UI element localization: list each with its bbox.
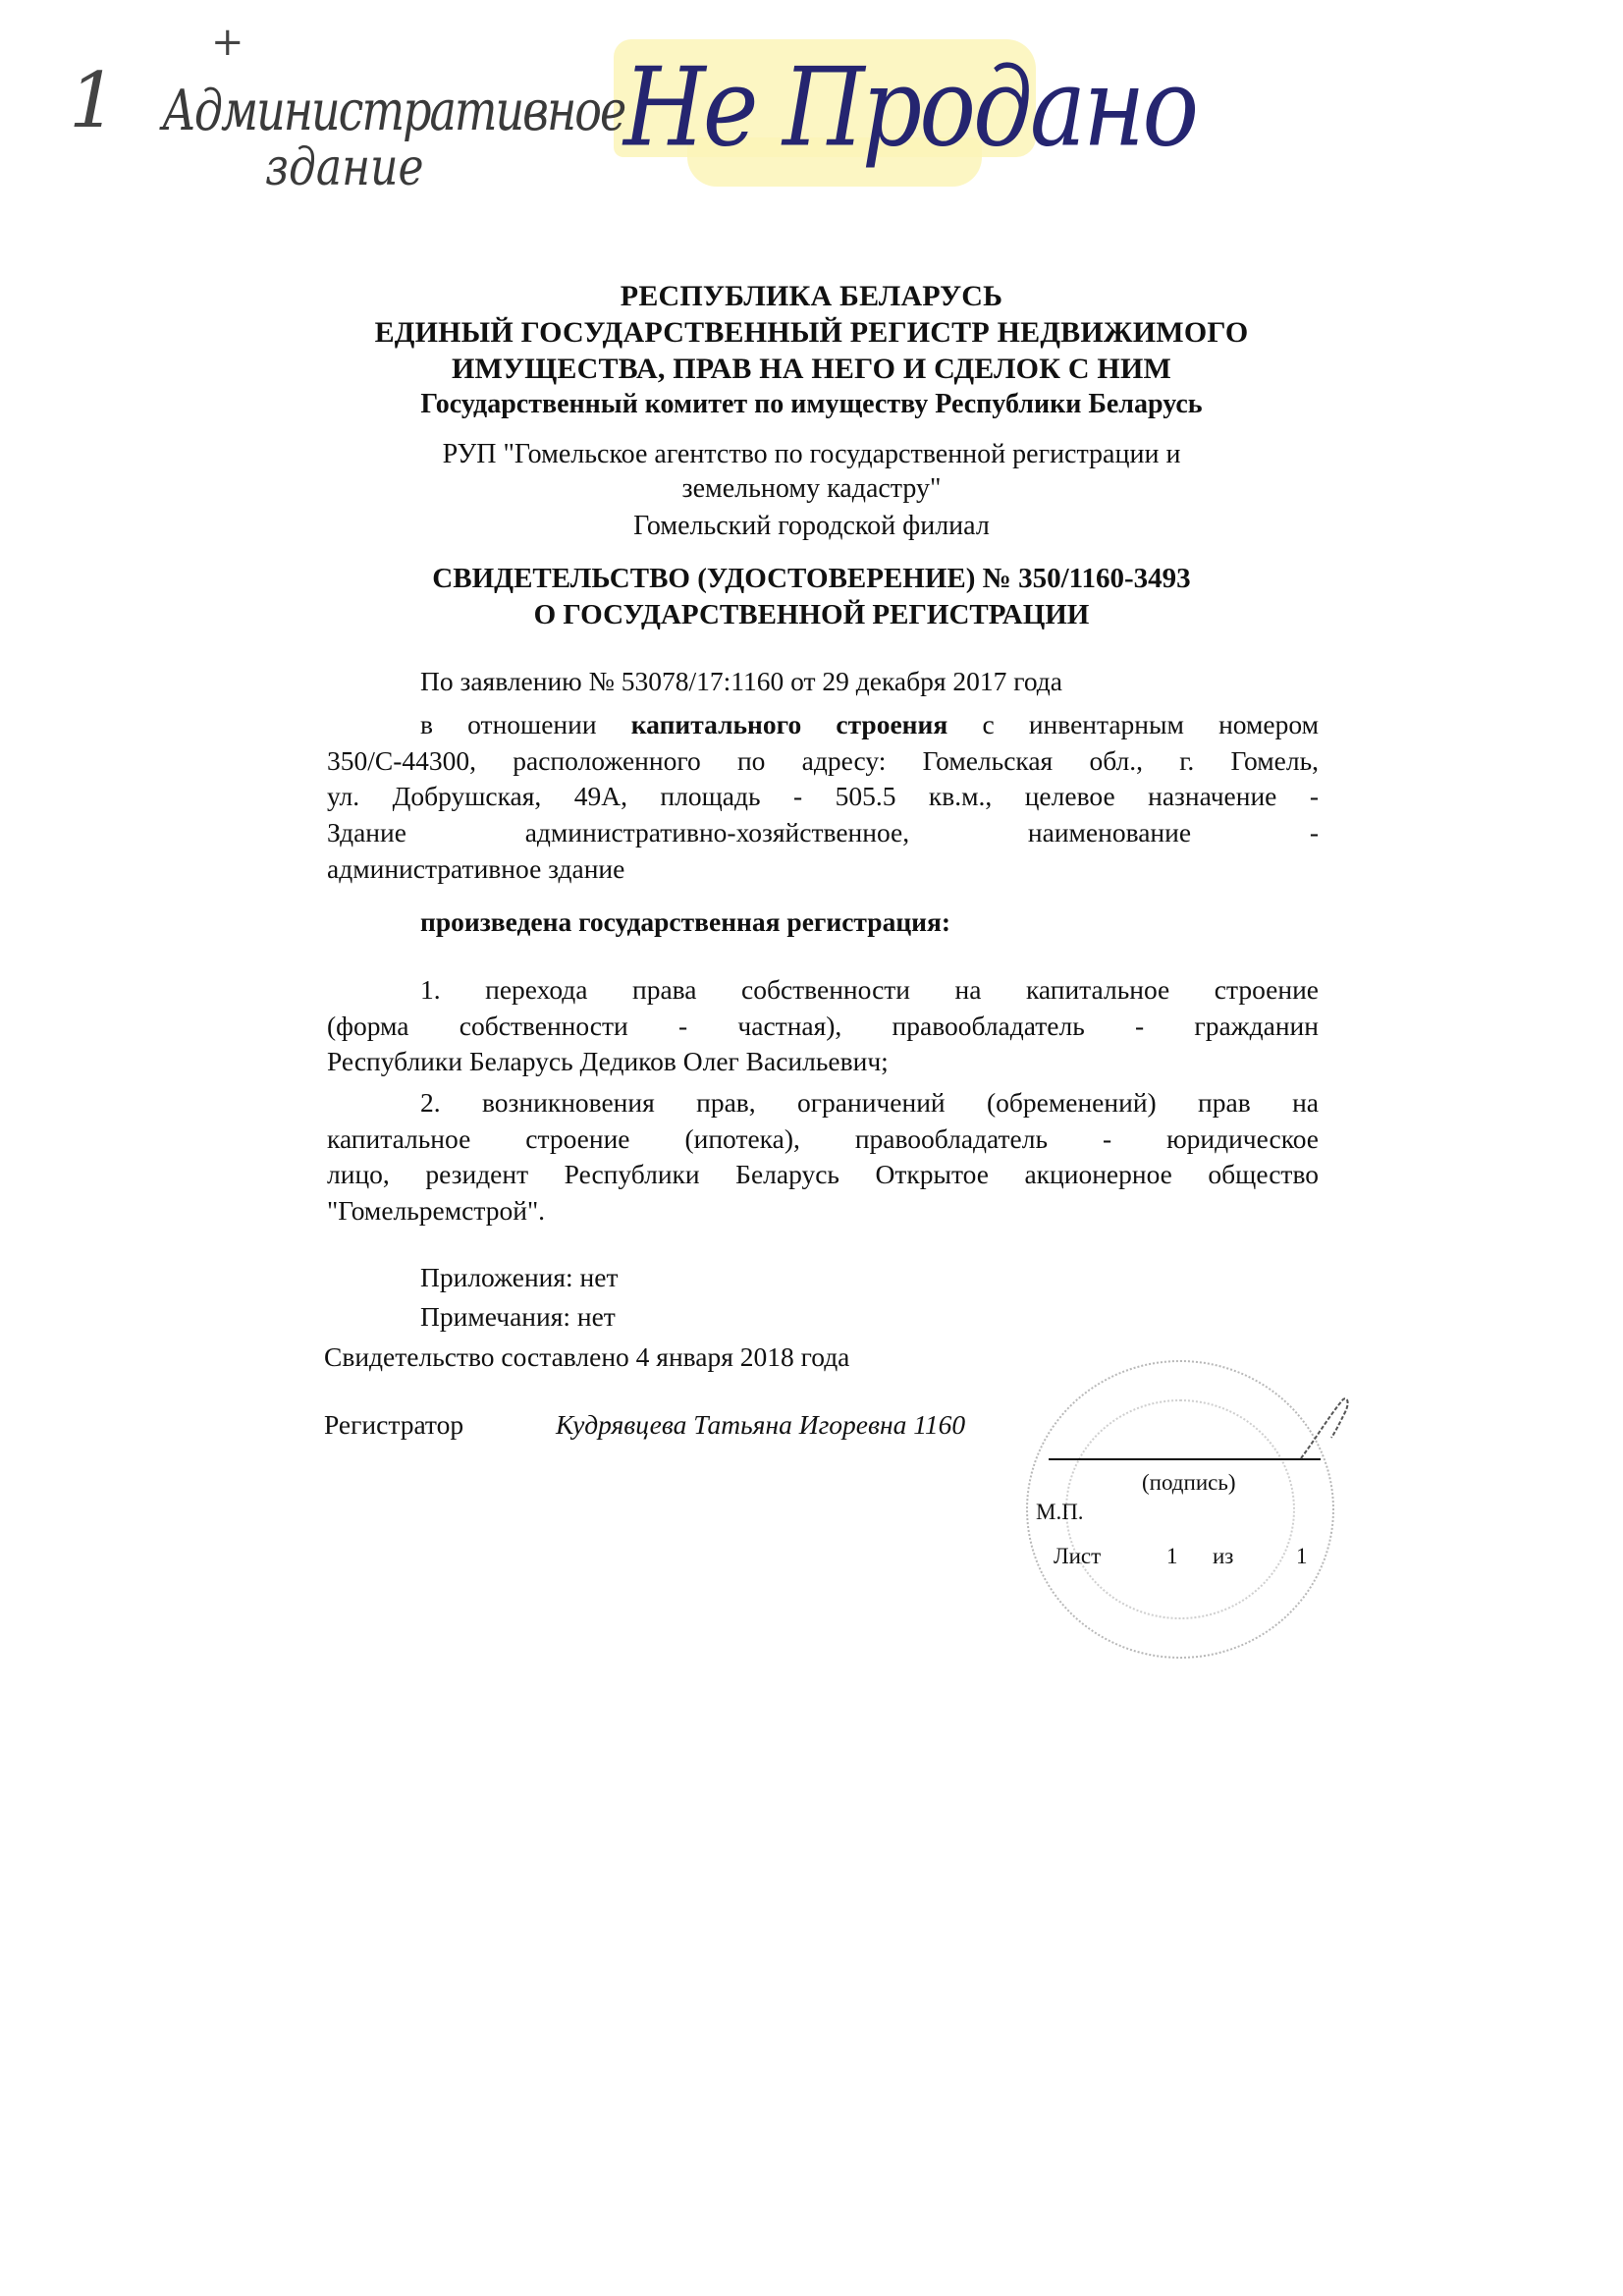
registration-heading: произведена государственная регистрация: [420, 906, 950, 938]
item-1-line-2: (форма собственности - частная), правооб… [327, 1009, 1319, 1045]
header-registry-line2: ИМУЩЕСТВА, ПРАВ НА НЕГО И СДЕЛОК С НИМ [0, 353, 1623, 386]
sheet-of-label: из [1213, 1544, 1233, 1569]
handwritten-number: 1 [69, 57, 118, 145]
signature-scribble [1296, 1394, 1355, 1463]
sheet-label: Лист [1054, 1544, 1101, 1569]
registrar-role-label: Регистратор [324, 1409, 463, 1441]
registration-item-1: 1. перехода права собственности на капит… [327, 972, 1319, 1080]
object-line-1: в отношении капитального строения с инве… [327, 707, 1319, 743]
object-type: капитального строения [631, 709, 948, 739]
attachments-line: Приложения: нет [420, 1262, 619, 1293]
item-2-line-3: лицо, резидент Республики Беларусь Откры… [327, 1157, 1319, 1193]
header-country: РЕСПУБЛИКА БЕЛАРУСЬ [0, 280, 1623, 313]
handwritten-note-line1: Административное [162, 77, 624, 143]
stamp-seal-inner [1065, 1399, 1295, 1619]
seal-label: М.П. [1036, 1500, 1084, 1525]
sheet-current: 1 [1166, 1544, 1178, 1569]
object-line-4: Здание административно-хозяйственное, на… [327, 815, 1319, 851]
signature-line [1049, 1458, 1321, 1460]
item-2-line-1: 2. возникновения прав, ограничений (обре… [327, 1085, 1319, 1121]
handwritten-note-line2: здание [265, 137, 423, 197]
notes-line: Примечания: нет [420, 1301, 616, 1333]
registration-item-2: 2. возникновения прав, ограничений (обре… [327, 1085, 1319, 1230]
header-registry-line1: ЕДИНЫЙ ГОСУДАРСТВЕННЫЙ РЕГИСТР НЕДВИЖИМО… [0, 316, 1623, 350]
signature-caption: (подпись) [1142, 1470, 1235, 1496]
item-2-line-2: капитальное строение (ипотека), правообл… [327, 1121, 1319, 1158]
item-1-line-1: 1. перехода права собственности на капит… [327, 972, 1319, 1009]
handwritten-plus-mark: + [211, 20, 244, 65]
item-2-line-4: "Гомельремстрой". [327, 1193, 1319, 1230]
handwritten-status-note: Не Продано [623, 44, 1196, 171]
object-line-2: 350/С-44300, расположенного по адресу: Г… [327, 743, 1319, 780]
object-line-5: административное здание [327, 851, 1319, 888]
header-agency-line2: земельному кадастру" [0, 473, 1623, 505]
object-paragraph: в отношении капитального строения с инве… [327, 707, 1319, 887]
header-branch: Гомельский городской филиал [0, 511, 1623, 542]
registrar-name: Кудрявцева Татьяна Игоревна 1160 [556, 1409, 965, 1441]
header-committee: Государственный комитет по имуществу Рес… [0, 389, 1623, 420]
object-line-3: ул. Добрушская, 49А, площадь - 505.5 кв.… [327, 779, 1319, 815]
sheet-total: 1 [1296, 1544, 1308, 1569]
header-agency-line1: РУП "Гомельское агентство по государстве… [0, 439, 1623, 470]
issued-date: Свидетельство составлено 4 января 2018 г… [324, 1341, 849, 1373]
certificate-title-line2: О ГОСУДАРСТВЕННОЙ РЕГИСТРАЦИИ [0, 599, 1623, 631]
item-1-line-3: Республики Беларусь Дедиков Олег Василье… [327, 1044, 1319, 1080]
application-reference: По заявлению № 53078/17:1160 от 29 декаб… [420, 666, 1062, 697]
certificate-title-line1: СВИДЕТЕЛЬСТВО (УДОСТОВЕРЕНИЕ) № 350/1160… [0, 563, 1623, 595]
